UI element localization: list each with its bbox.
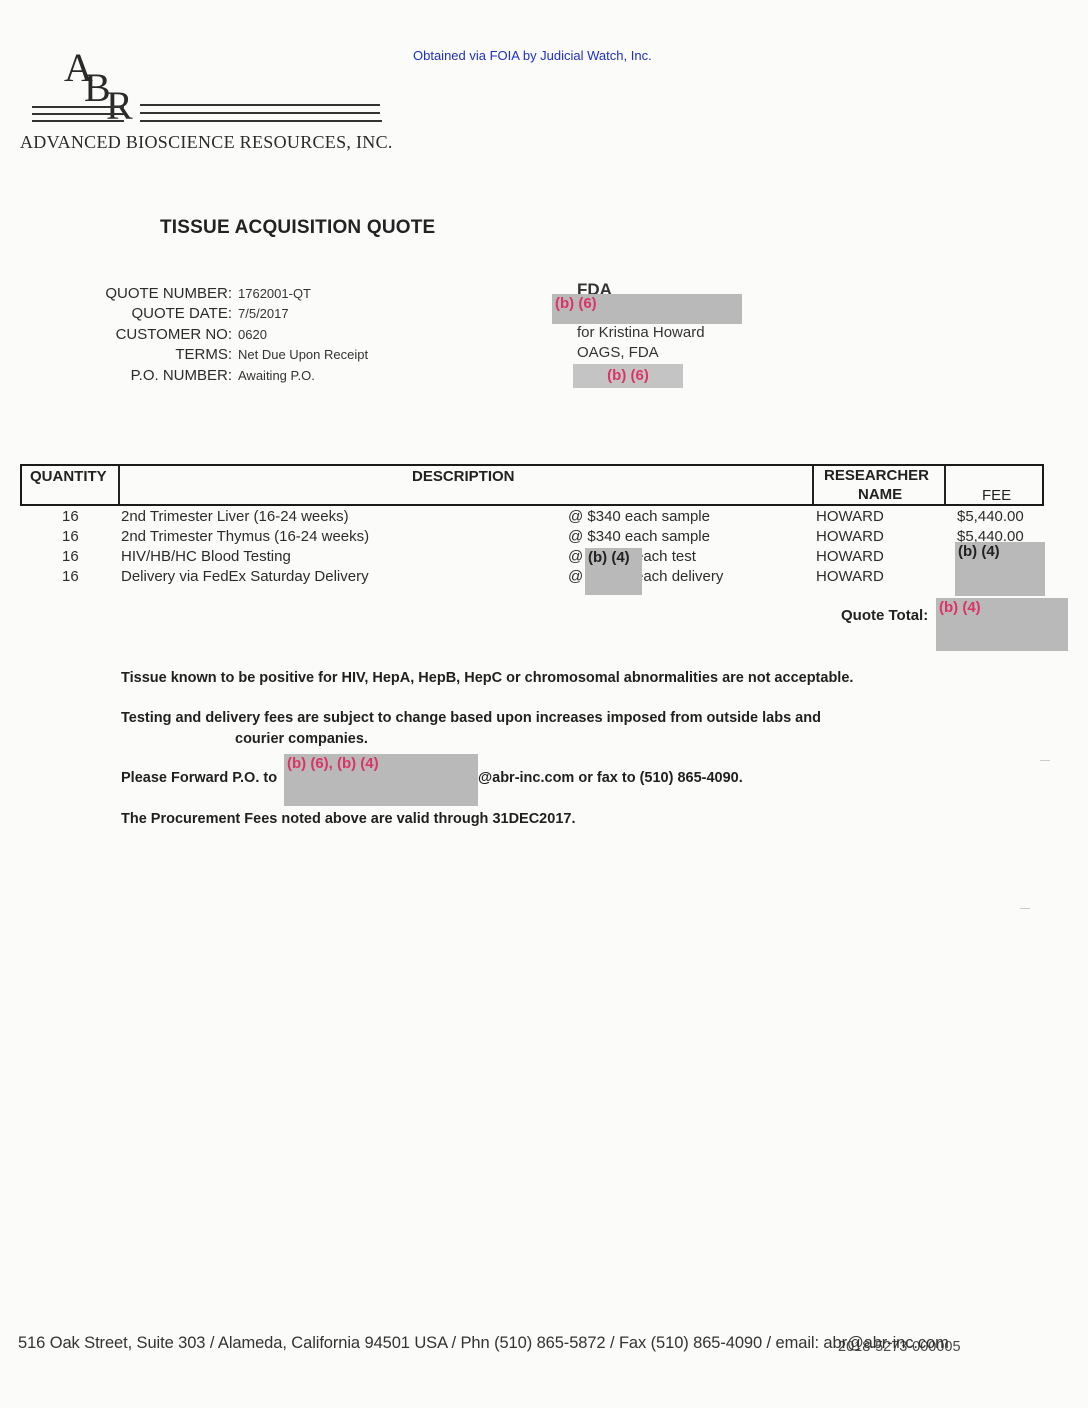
total-redaction-box: (b) (4) xyxy=(936,598,1068,651)
redaction-code: (b) (6) xyxy=(607,367,649,384)
validity-note: The Procurement Fees noted above are val… xyxy=(121,811,575,827)
document-title: TISSUE ACQUISITION QUOTE xyxy=(160,217,435,239)
customer-dept: OAGS, FDA xyxy=(577,344,659,361)
researcher: HOWARD xyxy=(816,528,884,545)
customer-attention: for Kristina Howard xyxy=(577,324,705,341)
rate: @ $340 each sample xyxy=(568,528,710,545)
quote-total-label: Quote Total: xyxy=(841,607,928,624)
company-name: ADVANCED BIOSCIENCE RESOURCES, INC. xyxy=(20,132,393,153)
tissue-note: Tissue known to be positive for HIV, Hep… xyxy=(121,670,853,686)
quantity: 16 xyxy=(62,548,79,565)
email-redaction-box: (b) (6), (b) (4) xyxy=(284,754,478,806)
redaction-code: (b) (4) xyxy=(588,549,630,566)
scan-mark xyxy=(1020,908,1030,909)
rate-suffix: each test xyxy=(635,548,696,565)
terms-row: TERMS: Net Due Upon Receipt xyxy=(60,345,460,366)
header-researcher: RESEARCHER xyxy=(824,467,929,484)
customer-number: 0620 xyxy=(238,327,267,342)
description: 2nd Trimester Liver (16-24 weeks) xyxy=(121,508,349,525)
quote-number: 1762001-QT xyxy=(238,286,311,301)
rate-prefix: @ xyxy=(568,548,583,565)
testing-note: Testing and delivery fees are subject to… xyxy=(121,710,821,726)
logo-rule xyxy=(32,120,124,122)
researcher: HOWARD xyxy=(816,568,884,585)
info-label: CUSTOMER NO: xyxy=(60,326,238,343)
logo-rule xyxy=(140,104,380,106)
bates-number: 2018-5273-000005 xyxy=(838,1339,961,1355)
company-logo: A B R ADVANCED BIOSCIENCE RESOURCES, INC… xyxy=(20,40,410,155)
terms: Net Due Upon Receipt xyxy=(238,347,368,362)
quote-info: QUOTE NUMBER: 1762001-QT QUOTE DATE: 7/5… xyxy=(60,283,460,386)
header-quantity: QUANTITY xyxy=(30,468,107,485)
fee: $5,440.00 xyxy=(957,508,1024,525)
info-label: QUOTE DATE: xyxy=(60,305,238,322)
quantity: 16 xyxy=(62,568,79,585)
header-fee: FEE xyxy=(982,487,1011,504)
po-number: Awaiting P.O. xyxy=(238,368,315,383)
description: 2nd Trimester Thymus (16-24 weeks) xyxy=(121,528,369,545)
info-label: TERMS: xyxy=(60,346,238,363)
info-label: P.O. NUMBER: xyxy=(60,367,238,384)
table-row: 16 Delivery via FedEx Saturday Delivery … xyxy=(20,567,1060,587)
info-label: QUOTE NUMBER: xyxy=(60,285,238,302)
logo-rule xyxy=(140,120,382,122)
quote-date-row: QUOTE DATE: 7/5/2017 xyxy=(60,304,460,325)
logo-rule xyxy=(32,106,124,108)
quote-date: 7/5/2017 xyxy=(238,306,289,321)
quantity: 16 xyxy=(62,508,79,525)
description: Delivery via FedEx Saturday Delivery xyxy=(121,568,369,585)
header-researcher-name: NAME xyxy=(858,486,902,503)
redaction-box: (b) (6) xyxy=(573,364,683,388)
po-number-row: P.O. NUMBER: Awaiting P.O. xyxy=(60,365,460,386)
researcher: HOWARD xyxy=(816,548,884,565)
table-row: 16 2nd Trimester Thymus (16-24 weeks) @ … xyxy=(20,527,1060,547)
customer-no-row: CUSTOMER NO: 0620 xyxy=(60,324,460,345)
rate-redaction-box: (b) (4) xyxy=(585,548,642,595)
redaction-code: (b) (6) xyxy=(555,295,597,312)
company-address-footer: 516 Oak Street, Suite 303 / Alameda, Cal… xyxy=(18,1334,949,1353)
logo-rule xyxy=(140,112,380,114)
rate-suffix: each delivery xyxy=(635,568,723,585)
quantity: 16 xyxy=(62,528,79,545)
table-row: 16 2nd Trimester Liver (16-24 weeks) @ $… xyxy=(20,507,1060,527)
redaction-box: (b) (6) xyxy=(552,294,742,324)
line-items-table-header: QUANTITY DESCRIPTION RESEARCHER NAME FEE xyxy=(20,464,1044,506)
rate-prefix: @ xyxy=(568,568,583,585)
forward-po-note: Please Forward P.O. to xyxy=(121,770,277,786)
redaction-code: (b) (4) xyxy=(939,599,981,616)
table-row: 16 HIV/HB/HC Blood Testing @ each test H… xyxy=(20,547,1060,567)
quote-number-row: QUOTE NUMBER: 1762001-QT xyxy=(60,283,460,304)
forward-po-contact: @abr-inc.com or fax to (510) 865-4090. xyxy=(478,770,743,786)
rate: @ $340 each sample xyxy=(568,508,710,525)
header-description: DESCRIPTION xyxy=(412,468,515,485)
fee-redaction-box: (b) (4) xyxy=(955,542,1045,596)
line-items: 16 2nd Trimester Liver (16-24 weeks) @ $… xyxy=(20,507,1060,587)
redaction-code: (b) (6), (b) (4) xyxy=(287,755,379,772)
foia-watermark: Obtained via FOIA by Judicial Watch, Inc… xyxy=(413,48,652,63)
researcher: HOWARD xyxy=(816,508,884,525)
testing-note-continued: courier companies. xyxy=(235,731,368,747)
scan-mark xyxy=(1040,760,1050,761)
description: HIV/HB/HC Blood Testing xyxy=(121,548,291,565)
redaction-code: (b) (4) xyxy=(958,543,1000,560)
logo-rule xyxy=(32,113,124,115)
